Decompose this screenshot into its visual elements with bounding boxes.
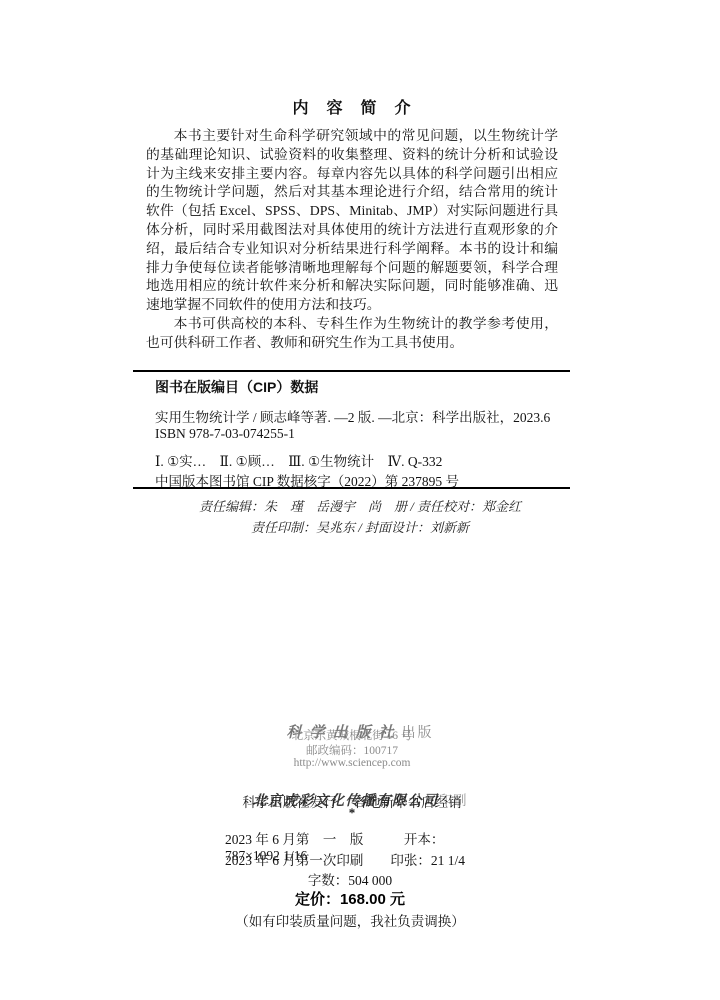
publisher-postcode: 邮政编码：100717 [132,742,572,758]
publisher-website: http://www.sciencep.com [132,757,572,769]
cip-rule-top [133,370,570,372]
intro-paragraph-2: 本书可供高校的本科、专科生作为生物统计的教学参考使用，也可供科研工作者、教师和研… [146,315,558,353]
staff-credits-line-1: 责任编辑：朱 瑾 岳漫宇 尚 册 / 责任校对：郑金红 [140,496,580,515]
word-count-line: 字数：504 000 [225,869,475,889]
quality-notice-line: （如有印装质量问题，我社负责调换） [225,910,475,930]
section-separator-star: * [132,805,572,821]
printing-sheets-line: 2023 年 6 月第一次印刷 印张：21 1/4 [225,849,475,869]
content-summary-body: 本书主要针对生命科学研究领域中的常见问题，以生物统计学的基础理论知识、试验资料的… [146,127,558,353]
price-line: 定价：168.00 元 [225,888,475,909]
cip-rule-bottom [133,487,570,489]
staff-credits-line-2: 责任印制：吴兆东 / 封面设计：刘新新 [140,517,580,536]
cip-title-line: 实用生物统计学 / 顾志峰等著. —2 版. —北京：科学出版社，2023.6 [155,406,550,426]
intro-paragraph-1: 本书主要针对生命科学研究领域中的常见问题，以生物统计学的基础理论知识、试验资料的… [146,127,558,315]
book-copyright-page: 内 容 简 介 本书主要针对生命科学研究领域中的常见问题，以生物统计学的基础理论… [0,0,720,1000]
publisher-address: 北京东黄城根北街 16 号 [132,727,572,743]
cip-heading: 图书在版编目（CIP）数据 [155,377,318,397]
content-summary-title: 内 容 简 介 [146,95,558,118]
cip-isbn-line: ISBN 978-7-03-074255-1 [155,426,295,442]
cip-classification-line: Ⅰ. ①实… Ⅱ. ①顾… Ⅲ. ①生物统计 Ⅳ. Q-332 [155,450,442,470]
